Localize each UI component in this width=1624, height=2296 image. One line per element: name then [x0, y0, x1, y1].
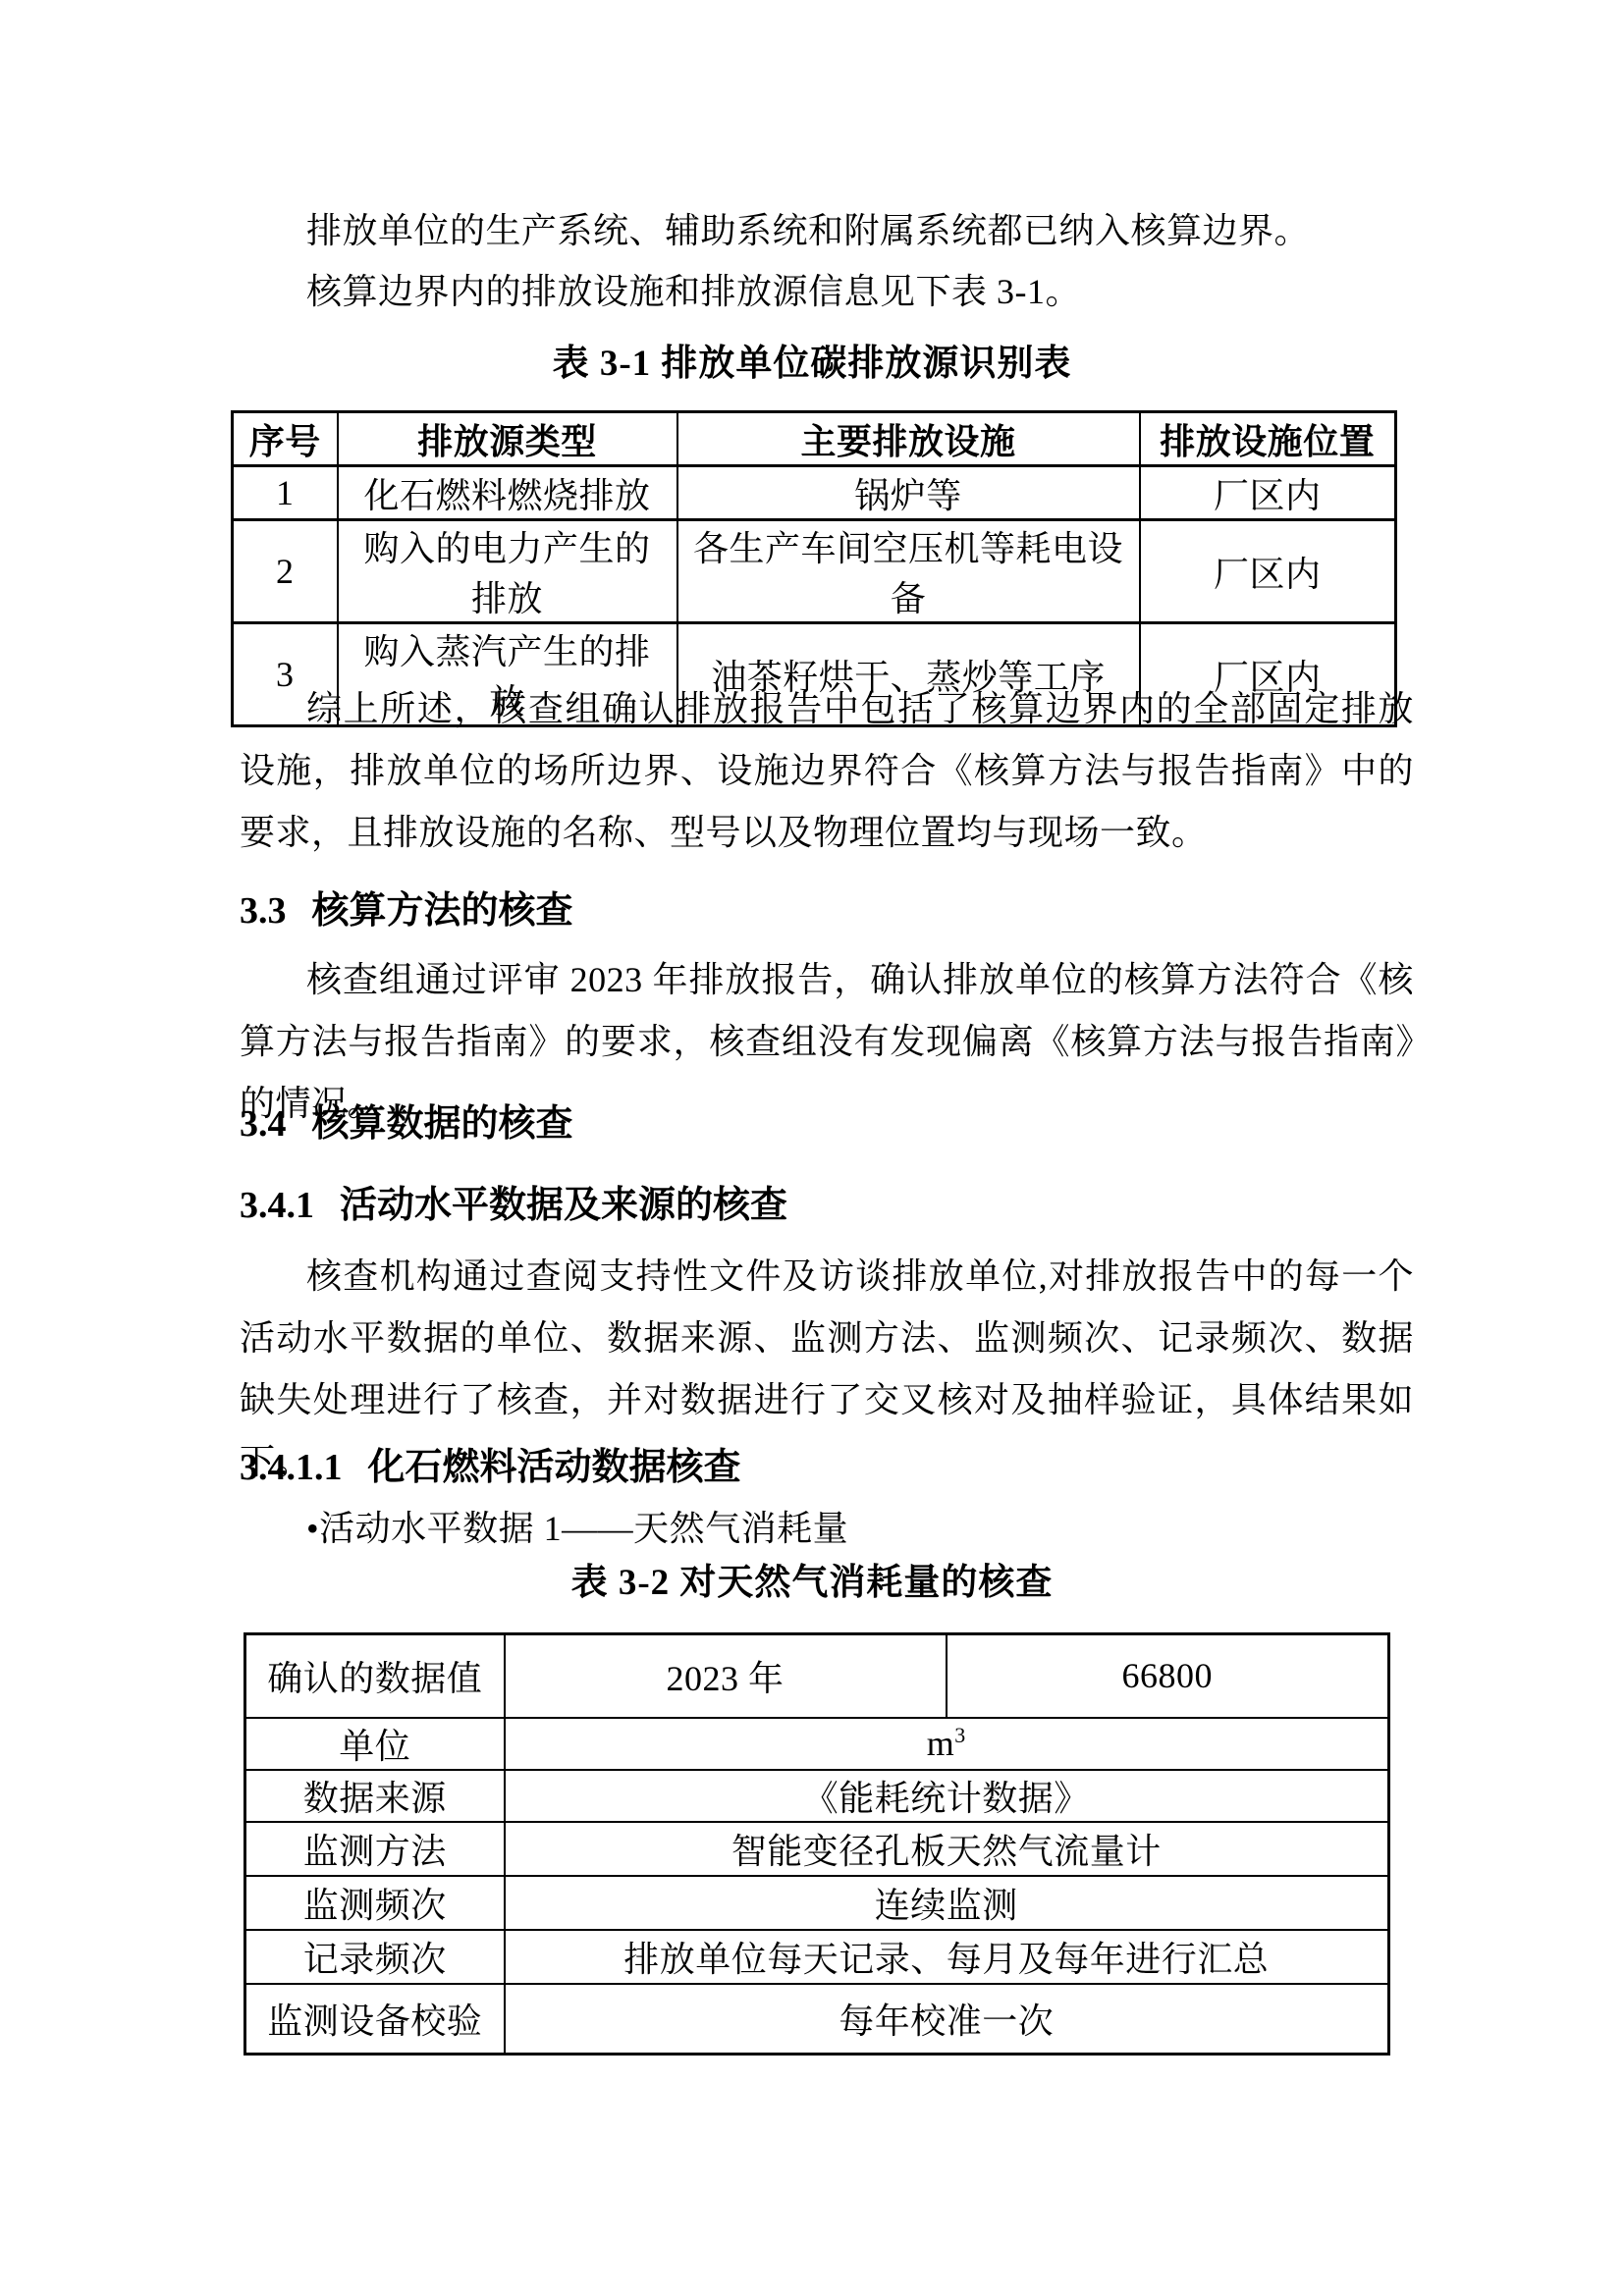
- table-row-confirmed-value: 确认的数据值 2023 年 66800: [245, 1634, 1389, 1718]
- row-label: 单位: [245, 1718, 505, 1770]
- row-label: 监测频次: [245, 1876, 505, 1930]
- table-row-monitor-method: 监测方法 智能变径孔板天然气流量计: [245, 1822, 1389, 1876]
- column-header-seq: 序号: [233, 412, 338, 466]
- table-cell-seq: 2: [233, 520, 338, 623]
- table-row: 2 购入的电力产生的排放 各生产车间空压机等耗电设备 厂区内: [233, 520, 1396, 623]
- table-3-2: 确认的数据值 2023 年 66800 单位 m3 数据来源 《能耗统计数据》 …: [244, 1632, 1390, 2056]
- column-header-facility: 主要排放设施: [677, 412, 1140, 466]
- unit-base: m: [927, 1724, 955, 1763]
- heading-text: 核算数据的核查: [312, 1103, 573, 1145]
- table-cell-seq: 1: [233, 466, 338, 520]
- paragraph-boundary: 排放单位的生产系统、辅助系统和附属系统都已纳入核算边界。: [240, 200, 1414, 262]
- table-header-row: 序号 排放源类型 主要排放设施 排放设施位置: [233, 412, 1396, 466]
- cell-value: 每年校准一次: [505, 1984, 1389, 2055]
- cell-value: 连续监测: [505, 1876, 1389, 1930]
- row-label: 确认的数据值: [245, 1634, 505, 1718]
- cell-value: 《能耗统计数据》: [505, 1770, 1389, 1822]
- heading-number: 3.4: [240, 1094, 287, 1155]
- table-cell-type: 化石燃料燃烧排放: [338, 466, 677, 520]
- heading-text: 核算方法的核查: [312, 890, 573, 932]
- table-cell-location: 厂区内: [1140, 466, 1396, 520]
- table-row: 1 化石燃料燃烧排放 锅炉等 厂区内: [233, 466, 1396, 520]
- heading-number: 3.4.1: [240, 1175, 314, 1237]
- heading-3-4-1: 3.4.1活动水平数据及来源的核查: [240, 1175, 1414, 1237]
- row-label: 数据来源: [245, 1770, 505, 1822]
- row-label: 监测设备校验: [245, 1984, 505, 2055]
- table-cell-facility: 锅炉等: [677, 466, 1140, 520]
- table-cell-location: 厂区内: [1140, 520, 1396, 623]
- cell-unit: m3: [505, 1718, 1389, 1770]
- heading-text: 化石燃料活动数据核查: [368, 1447, 741, 1488]
- heading-text: 活动水平数据及来源的核查: [340, 1185, 787, 1226]
- column-header-location: 排放设施位置: [1140, 412, 1396, 466]
- table-3-2-title: 表 3-2 对天然气消耗量的核查: [0, 1552, 1624, 1614]
- table-row-unit: 单位 m3: [245, 1718, 1389, 1770]
- heading-3-3: 3.3核算方法的核查: [240, 881, 1414, 942]
- table-row-monitor-frequency: 监测频次 连续监测: [245, 1876, 1389, 1930]
- row-label: 监测方法: [245, 1822, 505, 1876]
- bullet-activity-data: •活动水平数据 1——天然气消耗量: [306, 1498, 1414, 1560]
- paragraph-summary: 综上所述，核查组确认排放报告中包括了核算边界内的全部固定排放设施，排放单位的场所…: [240, 678, 1414, 864]
- row-label: 记录频次: [245, 1930, 505, 1984]
- table-cell-type: 购入的电力产生的排放: [338, 520, 677, 623]
- heading-3-4: 3.4核算数据的核查: [240, 1094, 1414, 1155]
- cell-data-value: 66800: [947, 1634, 1389, 1718]
- table-cell-facility: 各生产车间空压机等耗电设备: [677, 520, 1140, 623]
- heading-number: 3.3: [240, 881, 287, 942]
- unit-exponent: 3: [954, 1723, 966, 1747]
- table-row-record-frequency: 记录频次 排放单位每天记录、每月及每年进行汇总: [245, 1930, 1389, 1984]
- cell-year: 2023 年: [505, 1634, 947, 1718]
- table-row-data-source: 数据来源 《能耗统计数据》: [245, 1770, 1389, 1822]
- column-header-type: 排放源类型: [338, 412, 677, 466]
- table-row-device-calibration: 监测设备校验 每年校准一次: [245, 1984, 1389, 2055]
- heading-number: 3.4.1.1: [240, 1437, 343, 1499]
- cell-value: 排放单位每天记录、每月及每年进行汇总: [505, 1930, 1389, 1984]
- cell-value: 智能变径孔板天然气流量计: [505, 1822, 1389, 1876]
- paragraph-table-intro: 核算边界内的排放设施和排放源信息见下表 3-1。: [240, 261, 1414, 323]
- heading-3-4-1-1: 3.4.1.1化石燃料活动数据核查: [240, 1437, 1414, 1499]
- document-page: 排放单位的生产系统、辅助系统和附属系统都已纳入核算边界。 核算边界内的排放设施和…: [0, 0, 1624, 2296]
- table-3-1-title: 表 3-1 排放单位碳排放源识别表: [0, 333, 1624, 395]
